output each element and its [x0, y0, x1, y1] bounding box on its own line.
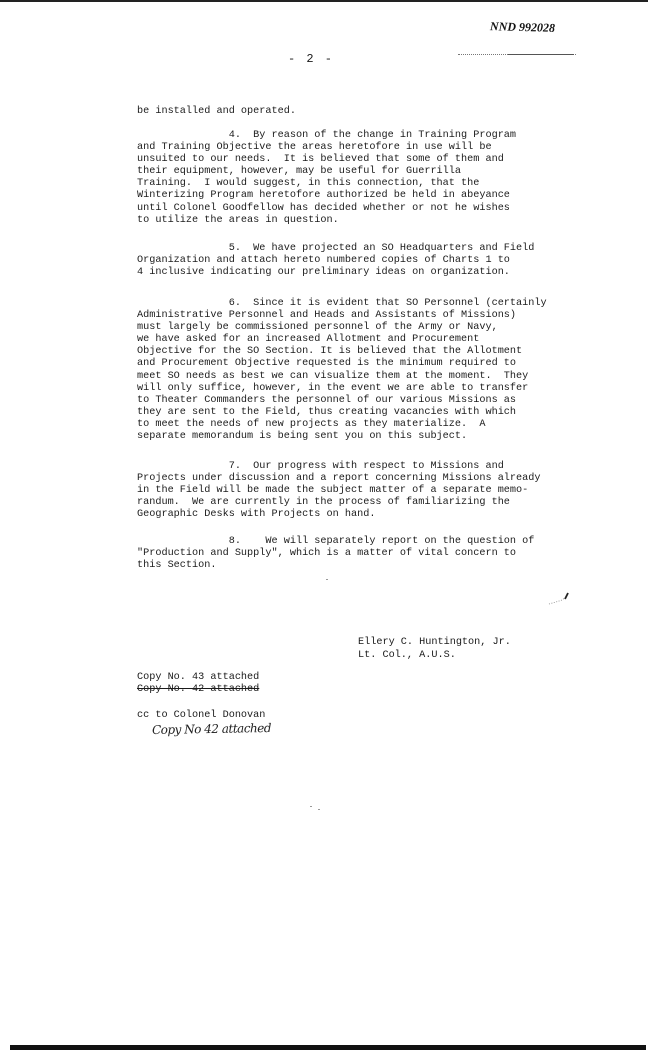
scan-bottom-edge [10, 1045, 646, 1050]
signatory-name: Ellery C. Huntington, Jr. [358, 637, 511, 648]
scan-speck [318, 809, 320, 810]
continuation-line: be installed and operated. [137, 106, 557, 118]
pen-mark-icon [548, 592, 570, 606]
scan-speck [326, 579, 328, 580]
copy-attached-line: Copy No. 43 attached [137, 672, 259, 684]
stamp-underline [458, 54, 576, 56]
page-number: - 2 - [288, 52, 334, 66]
cc-line: cc to Colonel Donovan [137, 710, 265, 722]
paragraph-7: 7. Our progress with respect to Missions… [137, 461, 557, 521]
paragraph-5: 5. We have projected an SO Headquarters … [137, 243, 557, 279]
paragraph-4: 4. By reason of the change in Training P… [137, 130, 557, 227]
copy-struck-line: Copy No. 42 attached [137, 684, 259, 696]
archive-declassification-stamp: NND 992028 [490, 19, 555, 36]
handwritten-annotation: Copy No 42 attached [152, 721, 271, 737]
paragraph-8: 8. We will separately report on the ques… [137, 536, 557, 572]
scan-top-edge [0, 0, 648, 2]
scan-speck [310, 806, 312, 807]
signature-block: Ellery C. Huntington, Jr. Lt. Col., A.U.… [358, 636, 511, 662]
signatory-rank: Lt. Col., A.U.S. [358, 650, 456, 661]
paragraph-6: 6. Since it is evident that SO Personnel… [137, 298, 557, 443]
